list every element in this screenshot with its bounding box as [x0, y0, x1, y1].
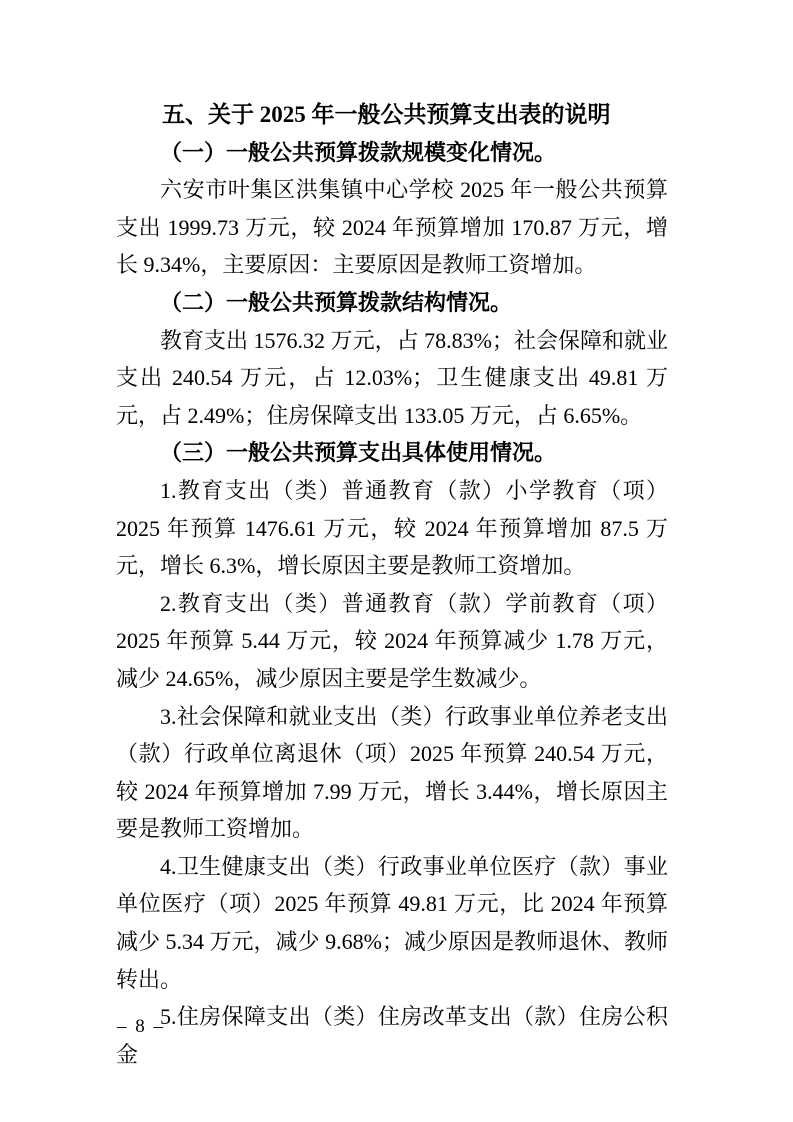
item-1-education-primary: 1.教育支出（类）普通教育（款）小学教育（项）2025 年预算 1476.61 … [116, 472, 668, 585]
item-5-housing: 5.住房保障支出（类）住房改革支出（款）住房公积金 [116, 998, 668, 1073]
section-3-heading: （三）一般公共预算支出具体使用情况。 [116, 434, 668, 472]
section-2-paragraph: 教育支出 1576.32 万元，占 78.83%；社会保障和就业支出 240.5… [116, 322, 668, 435]
section-1-heading: （一）一般公共预算拨款规模变化情况。 [116, 134, 668, 172]
section-2-heading: （二）一般公共预算拨款结构情况。 [116, 284, 668, 322]
section-budget-scale-change: （一）一般公共预算拨款规模变化情况。 六安市叶集区洪集镇中心学校 2025 年一… [116, 134, 668, 284]
footer-page-number: – 8 – [117, 1013, 165, 1041]
document-title: 五、关于 2025 年一般公共预算支出表的说明 [116, 96, 668, 134]
item-2-education-preschool: 2.教育支出（类）普通教育（款）学前教育（项）2025 年预算 5.44 万元，… [116, 585, 668, 698]
document-content: 五、关于 2025 年一般公共预算支出表的说明 （一）一般公共预算拨款规模变化情… [116, 96, 668, 1073]
item-3-social-security: 3.社会保障和就业支出（类）行政事业单位养老支出（款）行政单位离退休（项）202… [116, 698, 668, 848]
section-1-paragraph: 六安市叶集区洪集镇中心学校 2025 年一般公共预算支出 1999.73 万元，… [116, 171, 668, 284]
section-budget-usage-detail: （三）一般公共预算支出具体使用情况。 1.教育支出（类）普通教育（款）小学教育（… [116, 434, 668, 1073]
item-4-health: 4.卫生健康支出（类）行政事业单位医疗（款）事业单位医疗（项）2025 年预算 … [116, 848, 668, 998]
section-budget-structure: （二）一般公共预算拨款结构情况。 教育支出 1576.32 万元，占 78.83… [116, 284, 668, 434]
document-page: 五、关于 2025 年一般公共预算支出表的说明 （一）一般公共预算拨款规模变化情… [0, 0, 793, 1122]
